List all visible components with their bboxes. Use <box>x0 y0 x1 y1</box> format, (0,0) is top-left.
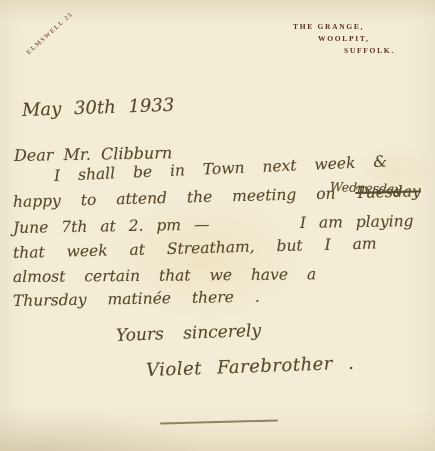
date-line: May 30th 1933 <box>22 95 175 121</box>
body-line-text: happy to attend the meeting on <box>13 184 356 211</box>
letterhead-line: SUFFOLK. <box>344 45 395 57</box>
body-line: almost certain that we have a <box>13 265 316 286</box>
body-line: happy to attend the meeting on Tuesday <box>13 182 421 211</box>
body-line: June 7th at 2. pm — I am playing <box>13 212 414 237</box>
letterhead: THE GRANGE, WOOLPIT, SUFFOLK. <box>293 21 395 57</box>
body-line: that week at Streatham, but I am <box>13 234 377 262</box>
letter-scan: ELMSWELL 25 THE GRANGE, WOOLPIT, SUFFOLK… <box>0 0 435 451</box>
telephone-stamp: ELMSWELL 25 <box>13 0 86 67</box>
signature: Violet Farebrother . <box>146 353 355 381</box>
closing-line: Yours sincerely <box>116 321 262 346</box>
letterhead-line: THE GRANGE, <box>293 21 395 33</box>
salutation-line: Dear Mr. Clibburn <box>14 143 173 165</box>
letterhead-line: WOOLPIT, <box>318 33 395 45</box>
signature-underline <box>160 419 278 424</box>
body-line: Thursday matinée there . <box>13 288 260 310</box>
struck-word: Tuesday <box>355 182 421 202</box>
